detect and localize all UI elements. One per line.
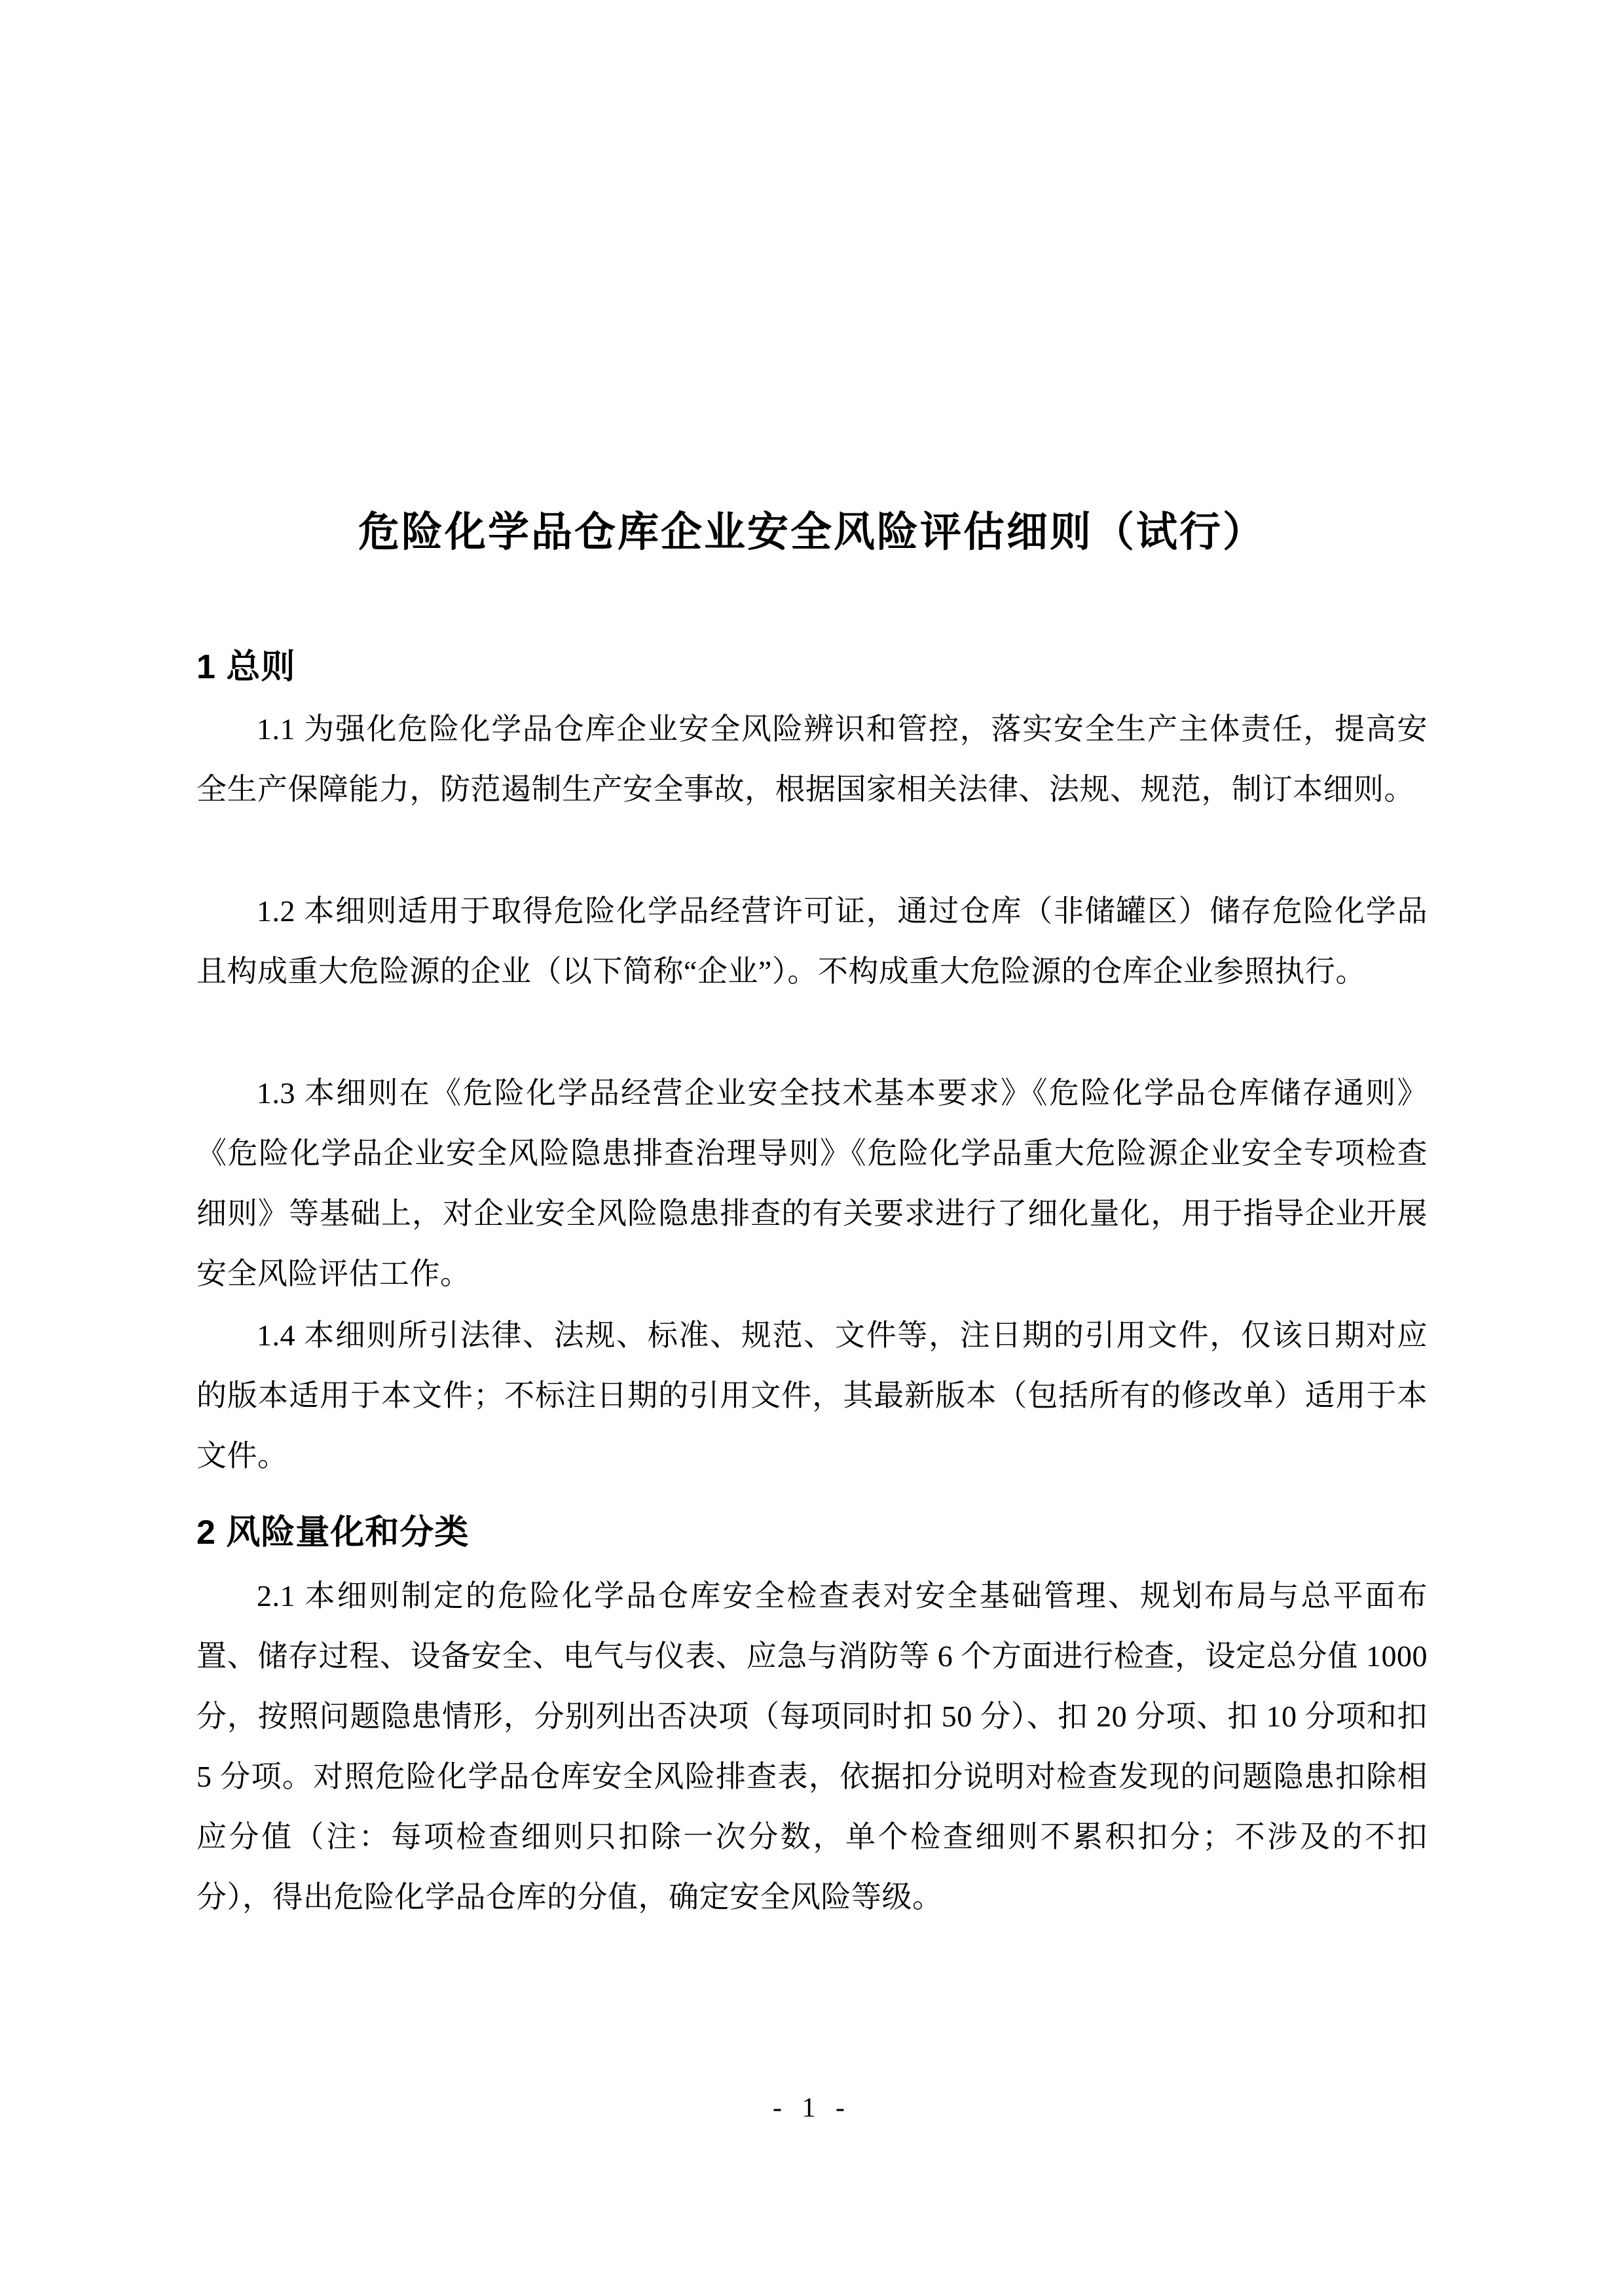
paragraph-1-2: 1.2 本细则适用于取得危险化学品经营许可证，通过仓库（非储罐区）储存危险化学品… [196,881,1428,1002]
document-page: 危险化学品仓库企业安全风险评估细则（试行） 1 总则 1.1 为强化危险化学品仓… [0,0,1624,2296]
paragraph-1-4: 1.4 本细则所引法律、法规、标准、规范、文件等，注日期的引用文件，仅该日期对应… [196,1305,1428,1486]
section-heading-general-rules: 1 总则 [196,639,1428,688]
page-number: - 1 - [0,2092,1624,2124]
paragraph-2-1: 2.1 本细则制定的危险化学品仓库安全检查表对安全基础管理、规划布局与总平面布置… [196,1566,1428,1927]
section-heading-risk-quantification: 2 风险量化和分类 [196,1504,1428,1554]
paragraph-1-1: 1.1 为强化危险化学品仓库企业安全风险辨识和管控，落实安全生产主体责任，提高安… [196,699,1428,820]
document-title: 危险化学品仓库企业安全风险评估细则（试行） [0,499,1624,558]
paragraph-1-3: 1.3 本细则在《危险化学品经营企业安全技术基本要求》《危险化学品仓库储存通则》… [196,1063,1428,1304]
